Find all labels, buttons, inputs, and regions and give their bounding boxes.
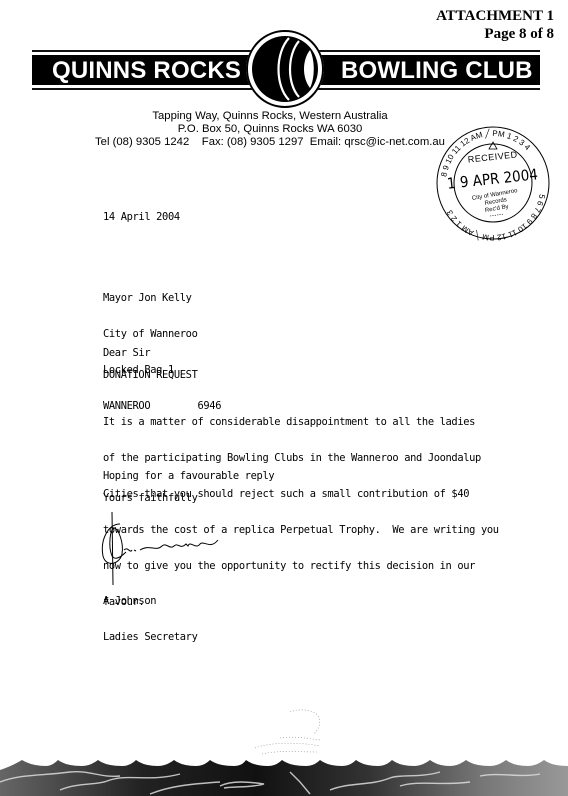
body-line: It is a matter of considerable disappoin… — [103, 416, 499, 428]
stamp-date: 1 9 APR 2004 — [446, 165, 538, 192]
signer-name: A Johnson — [103, 595, 198, 607]
letterhead-address: Tapping Way, Quinns Rocks, Western Austr… — [90, 110, 450, 149]
received-stamp: 8 9 10 11 12 AM ╱ PM 1 2 3 4 5 6 7 8 9 1… — [432, 124, 556, 242]
club-name-left: QUINNS ROCKS — [52, 55, 241, 85]
sign-off: Yours faithfully — [103, 492, 198, 504]
footer-wave-artwork — [0, 690, 568, 796]
page-number: Page 8 of 8 — [436, 25, 554, 43]
attachment-header: ATTACHMENT 1 Page 8 of 8 — [436, 7, 554, 43]
triangle-icon — [489, 142, 497, 149]
attachment-title: ATTACHMENT 1 — [436, 7, 554, 25]
address-line-2: P.O. Box 50, Quinns Rocks WA 6030 — [90, 123, 450, 136]
club-name-right: BOWLING CLUB — [341, 55, 533, 85]
address-line-1: Tapping Way, Quinns Rocks, Western Austr… — [90, 110, 450, 123]
contact-line: Tel (08) 9305 1242 Fax: (08) 9305 1297 E… — [90, 136, 450, 149]
body-line: of the participating Bowling Clubs in th… — [103, 452, 499, 464]
salutation: Dear Sir — [103, 347, 150, 359]
bowling-bowl-icon — [245, 28, 325, 110]
letter-date: 14 April 2004 — [103, 211, 180, 223]
stamp-received: RECEIVED — [467, 149, 518, 164]
subject-line: DONATION REQUEST — [103, 369, 198, 381]
closing-line: Hoping for a favourable reply — [103, 470, 274, 482]
signer-title: Ladies Secretary — [103, 631, 198, 643]
signer-block: A Johnson Ladies Secretary — [103, 571, 198, 655]
recipient-line: Mayor Jon Kelly — [103, 292, 221, 304]
recipient-line: City of Wanneroo — [103, 328, 221, 340]
